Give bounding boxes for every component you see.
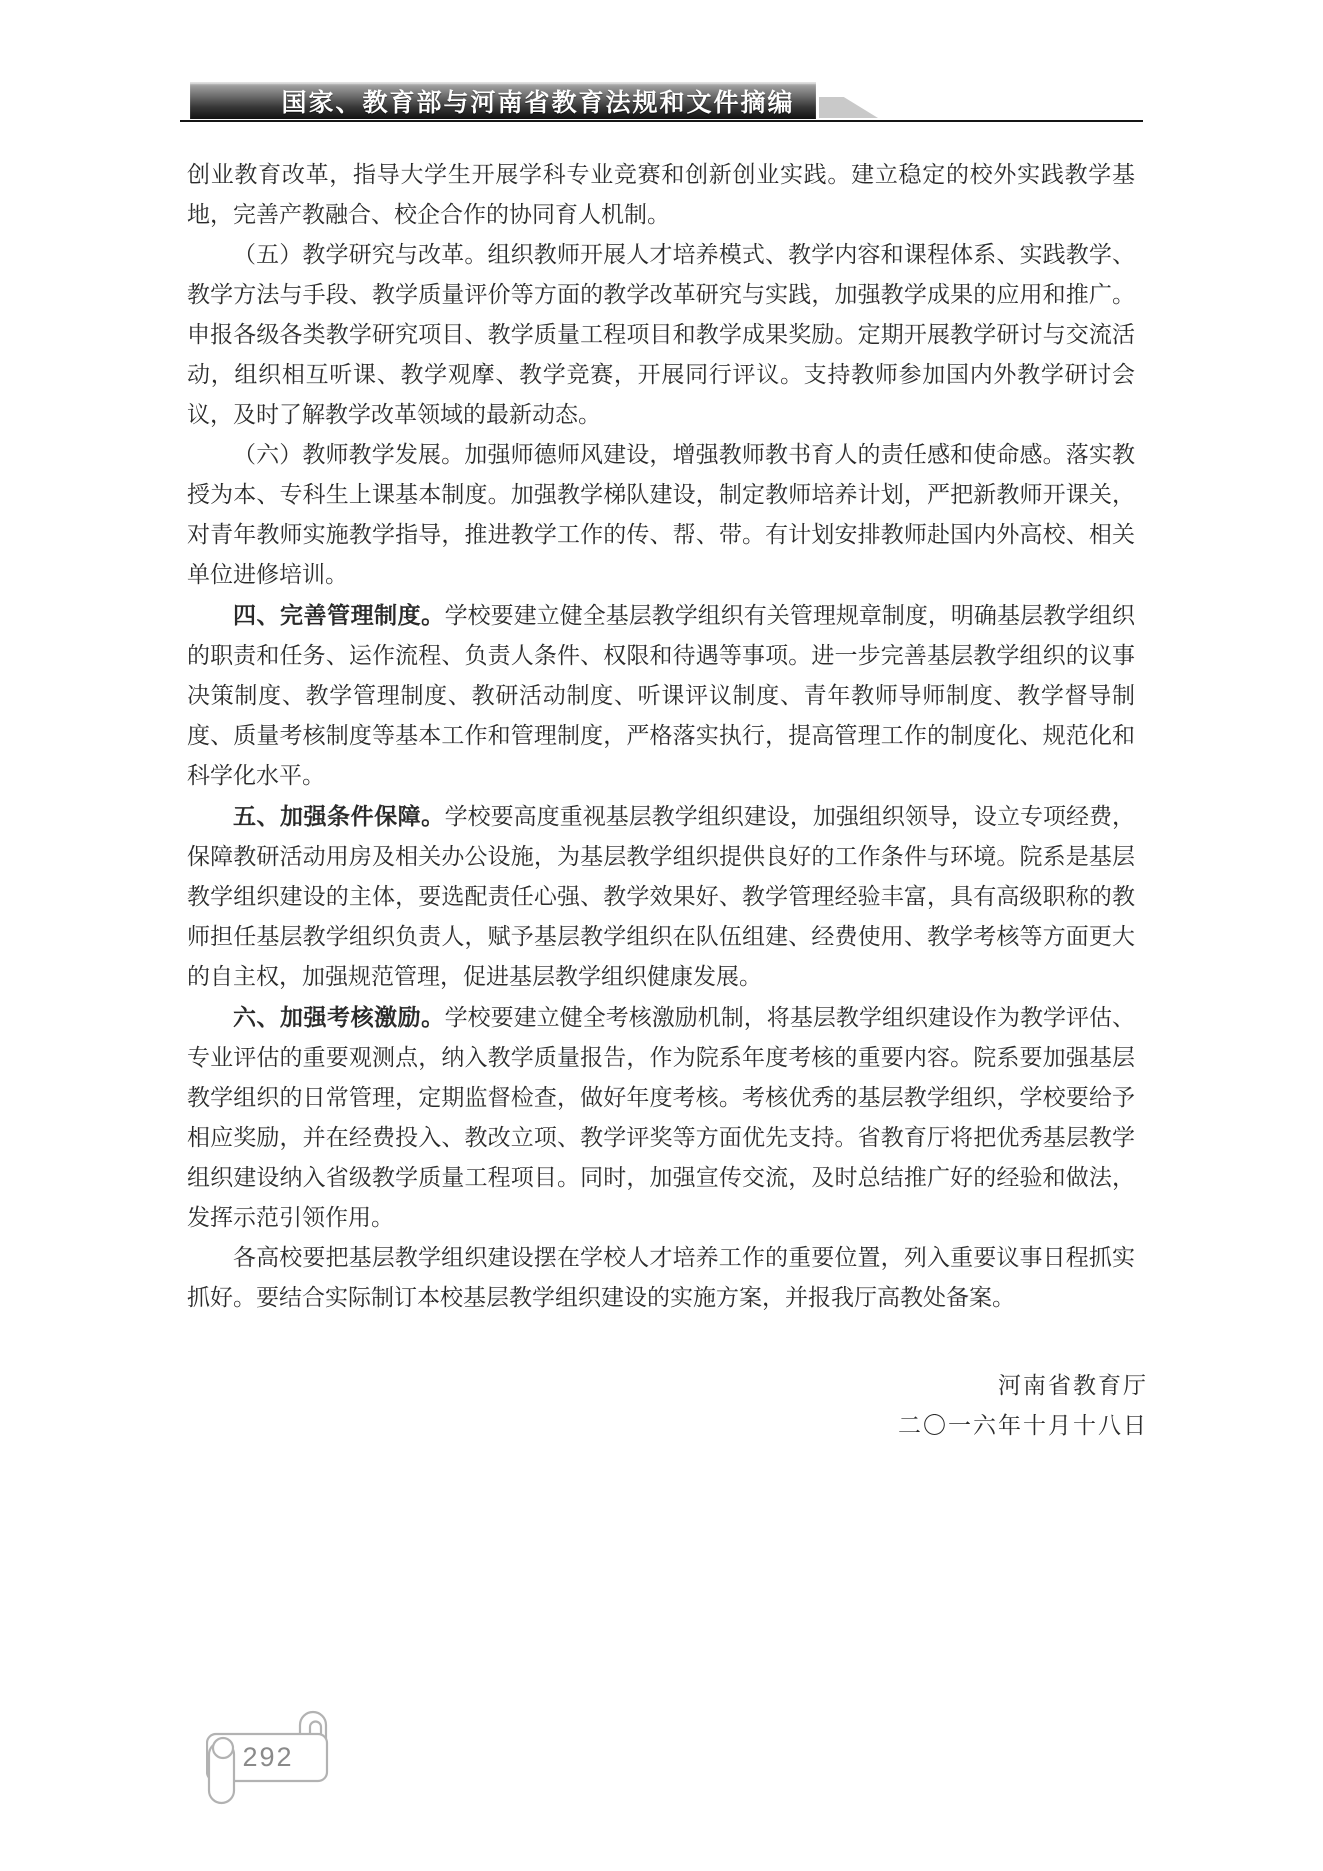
paragraph: 五、加强条件保障。学校要高度重视基层教学组织建设，加强组织领导，设立专项经费，保… — [187, 796, 1135, 997]
paragraph-text: 创业教育改革，指导大学生开展学科专业竞赛和创新创业实践。建立稳定的校外实践教学基… — [187, 162, 1135, 227]
paragraph-text: 各高校要把基层教学组织建设摆在学校人才培养工作的重要位置，列入重要议事日程抓实抓… — [187, 1245, 1135, 1310]
page-number: 292 — [208, 1742, 328, 1773]
paragraph-lead: 四、完善管理制度。 — [233, 602, 445, 628]
paragraph-text: （五）教学研究与改革。组织教师开展人才培养模式、教学内容和课程体系、实践教学、教… — [187, 242, 1135, 427]
header-underline — [180, 120, 1143, 122]
signature-organization: 河南省教育厅 — [898, 1366, 1148, 1406]
document-page: 国家、教育部与河南省教育法规和文件摘编 创业教育改革，指导大学生开展学科专业竞赛… — [0, 0, 1323, 1871]
signature-block: 河南省教育厅 二〇一六年十月十八日 — [898, 1366, 1148, 1446]
paragraph-text: （六）教师教学发展。加强师德师风建设，增强教师教书育人的责任感和使命感。落实教授… — [187, 442, 1135, 587]
document-body: 创业教育改革，指导大学生开展学科专业竞赛和创新创业实践。建立稳定的校外实践教学基… — [187, 155, 1135, 1318]
paragraph-text: 学校要建立健全基层教学组织有关管理规章制度，明确基层教学组织的职责和任务、运作流… — [187, 603, 1135, 788]
page-header-title: 国家、教育部与河南省教育法规和文件摘编 — [281, 83, 794, 119]
paragraph-lead: 六、加强考核激励。 — [233, 1004, 445, 1030]
header-title-bar: 国家、教育部与河南省教育法规和文件摘编 — [190, 82, 816, 119]
paragraph-lead: 五、加强条件保障。 — [233, 803, 445, 829]
paragraph: 六、加强考核激励。学校要建立健全考核激励机制，将基层教学组织建设作为教学评估、专… — [187, 997, 1135, 1238]
paragraph: 四、完善管理制度。学校要建立健全基层教学组织有关管理规章制度，明确基层教学组织的… — [187, 595, 1135, 796]
paragraph: 创业教育改革，指导大学生开展学科专业竞赛和创新创业实践。建立稳定的校外实践教学基… — [187, 155, 1135, 235]
paragraph: （五）教学研究与改革。组织教师开展人才培养模式、教学内容和课程体系、实践教学、教… — [187, 235, 1135, 435]
paragraph-text: 学校要建立健全考核激励机制，将基层教学组织建设作为教学评估、专业评估的重要观测点… — [187, 1005, 1135, 1230]
header-arrow-decoration — [819, 97, 878, 118]
paragraph-text: 学校要高度重视基层教学组织建设，加强组织领导，设立专项经费，保障教研活动用房及相… — [187, 804, 1135, 989]
paragraph: （六）教师教学发展。加强师德师风建设，增强教师教书育人的责任感和使命感。落实教授… — [187, 435, 1135, 595]
paragraph: 各高校要把基层教学组织建设摆在学校人才培养工作的重要位置，列入重要议事日程抓实抓… — [187, 1238, 1135, 1318]
signature-date: 二〇一六年十月十八日 — [898, 1406, 1148, 1446]
